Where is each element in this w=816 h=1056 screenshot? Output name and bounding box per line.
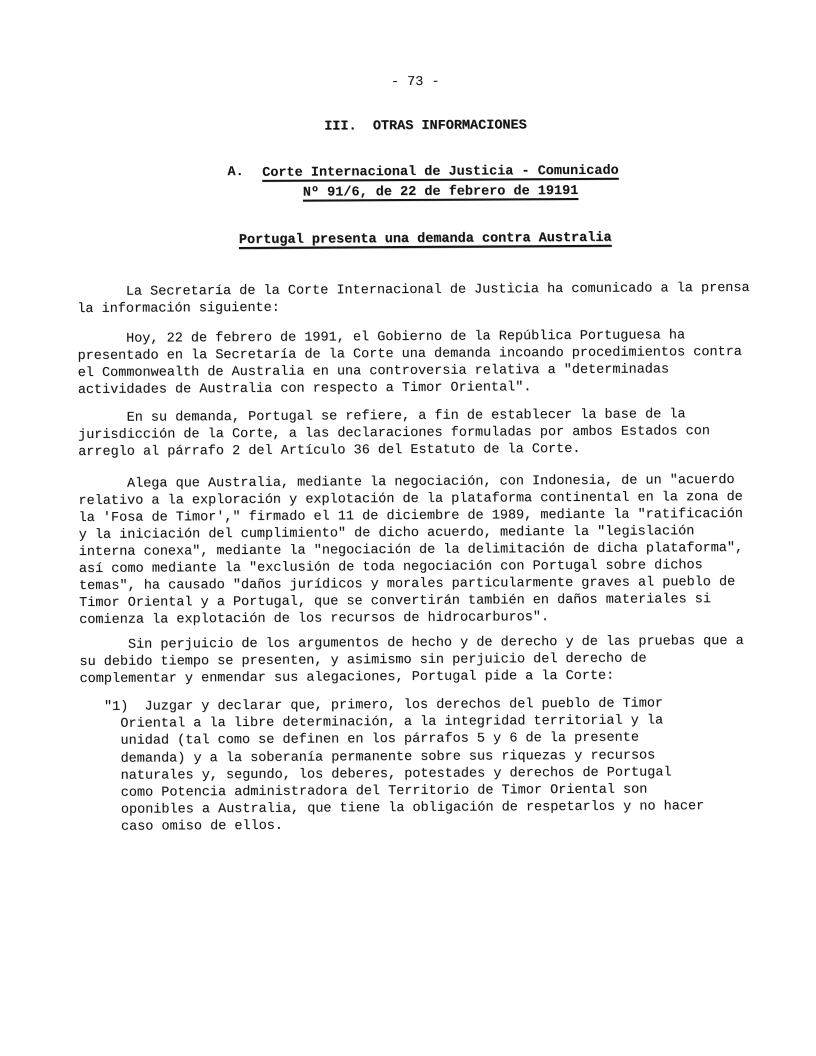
document-subtitle: Portugal presenta una demanda contra Aus…: [239, 230, 612, 249]
page-number: - 73 -: [391, 74, 440, 91]
section-title: III. OTRAS INFORMACIONES: [324, 117, 527, 135]
heading-a: Corte Internacional de Justicia - Comuni…: [260, 162, 620, 204]
paragraph-intro: La Secretaría de la Corte Internacional …: [77, 280, 750, 318]
document-subtitle-text: Portugal presenta una demanda contra Aus…: [239, 231, 612, 248]
heading-a-marker: A.: [227, 164, 243, 181]
document-page: - 73 - III. OTRAS INFORMACIONES A. Corte…: [0, 0, 816, 1056]
paragraph-demand-filed: Hoy, 22 de febrero de 1991, el Gobierno …: [77, 327, 742, 399]
scanned-sheet: - 73 - III. OTRAS INFORMACIONES A. Corte…: [0, 0, 816, 1056]
paragraph-jurisdiction: En su demanda, Portugal se refiere, a fi…: [78, 406, 710, 461]
heading-a-line-2: Nº 91/6, de 22 de febrero de 19191: [303, 184, 579, 201]
paragraph-request: Sin perjuicio de los argumentos de hecho…: [79, 633, 744, 688]
heading-a-line-1: Corte Internacional de Justicia - Comuni…: [262, 164, 619, 181]
paragraph-allegations: Alega que Australia, mediante la negocia…: [78, 472, 743, 629]
list-item-1: "1) Juzgar y declarar que, primero, los …: [80, 695, 705, 836]
